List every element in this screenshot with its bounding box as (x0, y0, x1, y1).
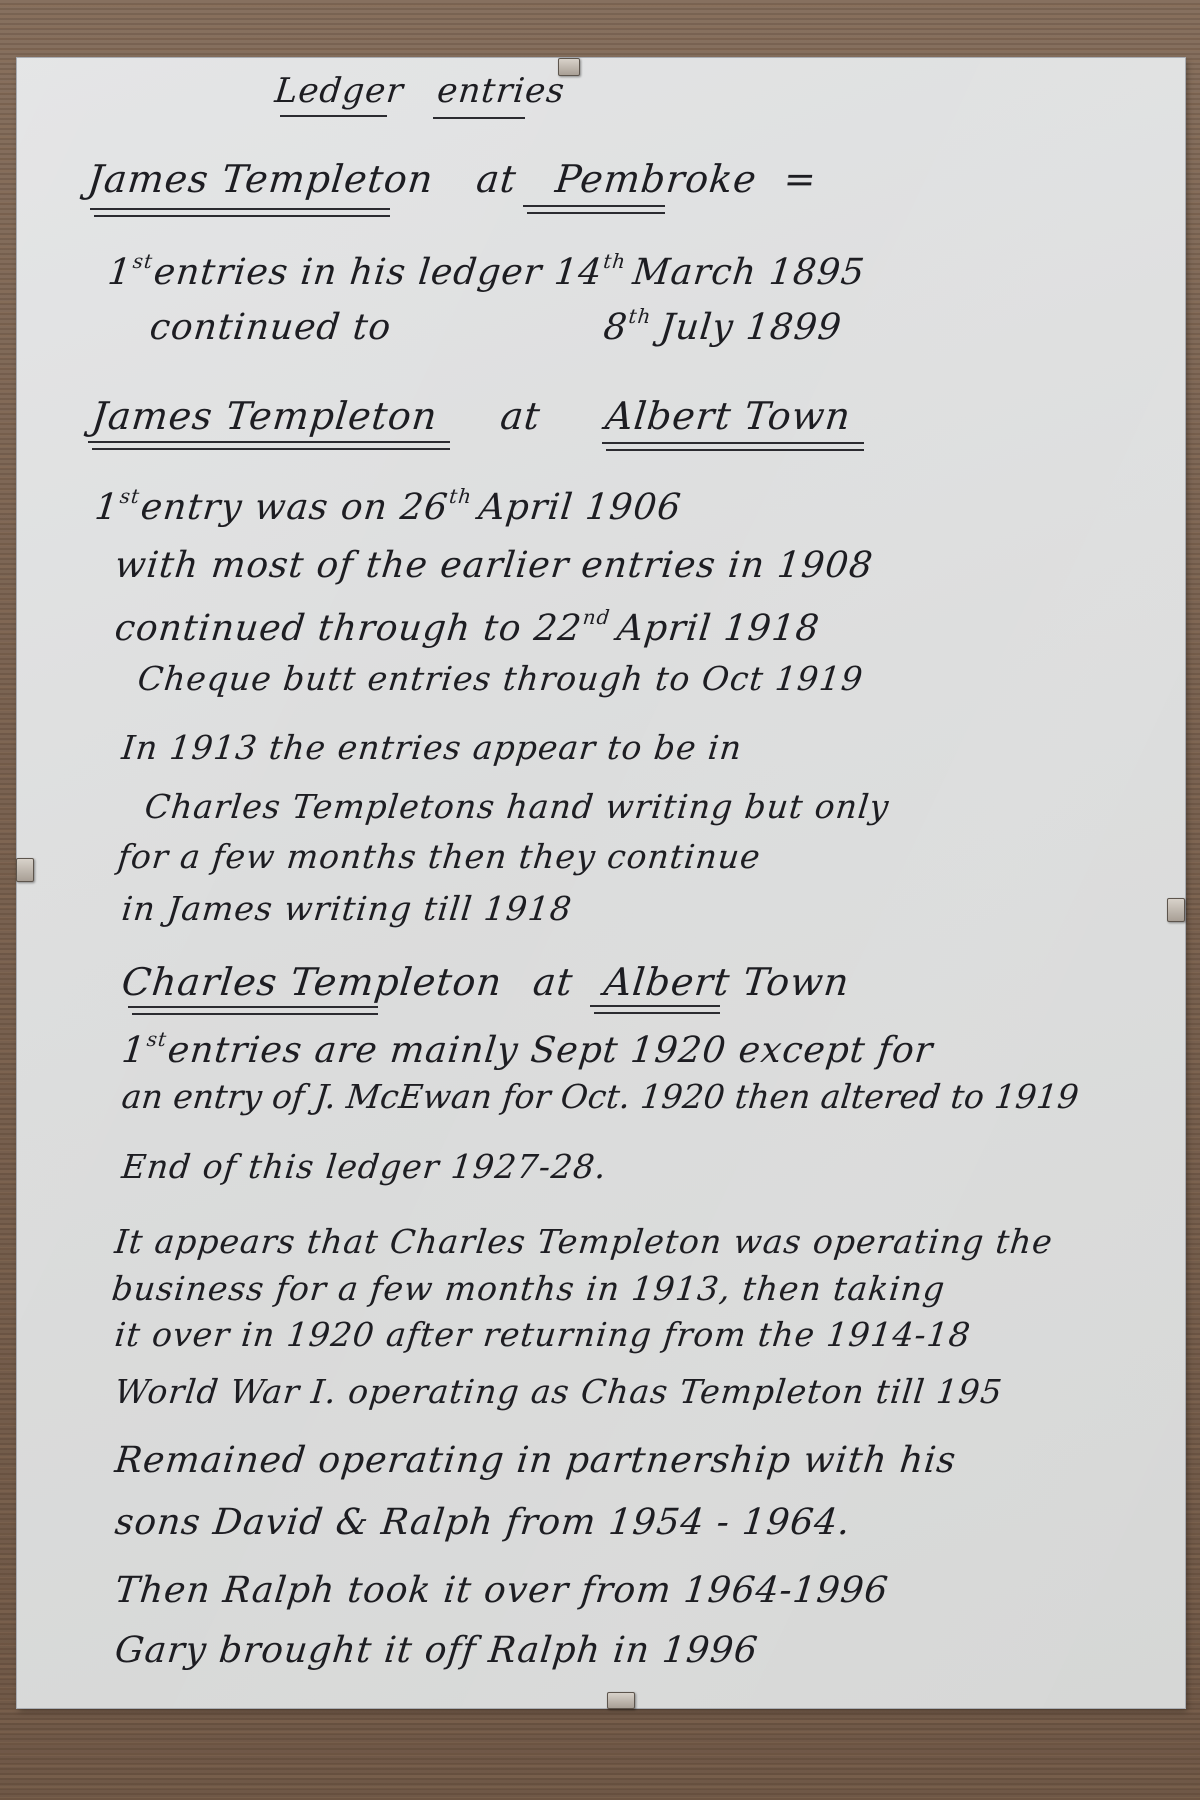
heading-place: Albert Town (603, 394, 853, 438)
summary-line: It appears that Charles Templeton was op… (113, 1225, 1054, 1258)
text-line: continued through to 22ndApril 1918 (113, 608, 822, 647)
frame-clip-bottom (607, 1692, 635, 1709)
title-underline-2 (433, 117, 525, 119)
heading-place: Pembroke (553, 157, 759, 201)
ordinal: 8 (602, 307, 630, 348)
text-line: 1stentry was on 26thApril 1906 (93, 487, 683, 526)
title-word-ledger: Ledger (273, 71, 406, 111)
ordinal: 1 (120, 1030, 148, 1071)
ordinal-suffix: th (602, 250, 627, 273)
heading-connector: at (531, 960, 576, 1004)
text-line: In 1913 the entries appear to be in (120, 731, 744, 764)
ordinal-suffix: th (628, 305, 653, 328)
page-title: Ledger entries (273, 74, 566, 108)
text-line: with most of the earlier entries in 1908 (113, 548, 875, 584)
title-underline-1 (280, 115, 387, 117)
line-text: entries in his ledger 14 (152, 252, 605, 293)
heading-suffix: = (782, 157, 819, 201)
ordinal-suffix: nd (582, 606, 612, 629)
ordinal-suffix: st (132, 250, 155, 273)
section-heading-pembroke: James Templeton at Pembroke = (86, 160, 819, 198)
text-line: an entry of J. McEwan for Oct. 1920 then… (120, 1080, 1080, 1113)
heading-connector: at (498, 394, 543, 438)
heading-connector: at (474, 157, 519, 201)
frame-clip-right (1167, 898, 1185, 922)
text-line: 1stentries are mainly Sept 1920 except f… (120, 1030, 935, 1069)
heading-name: Charles Templeton (120, 960, 505, 1004)
heading-underline-place (523, 205, 665, 207)
summary-line: sons David & Ralph from 1954 - 1964. (113, 1505, 852, 1541)
line-text: continued to (148, 307, 394, 348)
frame-clip-left (16, 858, 34, 882)
text-line: End of this ledger 1927-28. (120, 1150, 608, 1183)
heading-place: Albert Town (602, 960, 852, 1004)
line-text: March 1895 (631, 252, 867, 293)
line-text: entries are mainly Sept 1920 except for (166, 1030, 935, 1071)
summary-line: Gary brought it off Ralph in 1996 (113, 1633, 760, 1669)
heading-underline-name (90, 208, 390, 210)
section-heading-albert-town-charles: Charles Templeton at Albert Town (120, 963, 851, 1001)
heading-name: James Templeton (86, 157, 436, 201)
heading-underline-place (602, 442, 864, 444)
text-line: 1stentries in his ledger 14thMarch 1895 (106, 252, 867, 291)
section-heading-albert-town-james: James Templeton at Albert Town (90, 397, 853, 435)
ordinal-suffix: st (146, 1028, 169, 1051)
title-word-entries: entries (435, 71, 567, 111)
summary-line: business for a few months in 1913, then … (110, 1272, 947, 1305)
summary-line: it over in 1920 after returning from the… (113, 1318, 972, 1351)
line-text: July 1899 (658, 307, 844, 348)
heading-underline-place (590, 1005, 720, 1007)
heading-name: James Templeton (90, 394, 440, 438)
text-line: for a few months then they continue (116, 840, 762, 873)
ordinal: 1 (93, 487, 121, 528)
text-line: continued to 8thJuly 1899 (148, 307, 844, 346)
line-text: continued through to 22 (113, 608, 584, 649)
ordinal-suffix: th (448, 485, 473, 508)
line-text: April 1906 (477, 487, 684, 528)
heading-underline-name-extended (128, 1006, 378, 1008)
summary-line: Remained operating in partnership with h… (113, 1443, 958, 1479)
ordinal-suffix: st (119, 485, 142, 508)
summary-line: Then Ralph took it over from 1964-1996 (113, 1573, 890, 1609)
line-text: entry was on 26 (139, 487, 451, 528)
summary-line: World War I. operating as Chas Templeton… (113, 1375, 1004, 1408)
heading-underline-name (88, 441, 450, 443)
ordinal: 1 (106, 252, 134, 293)
text-line: in James writing till 1918 (120, 892, 574, 925)
text-line: Cheque butt entries through to Oct 1919 (136, 662, 865, 695)
line-text: April 1918 (615, 608, 822, 649)
text-line: Charles Templetons hand writing but only (143, 790, 891, 823)
